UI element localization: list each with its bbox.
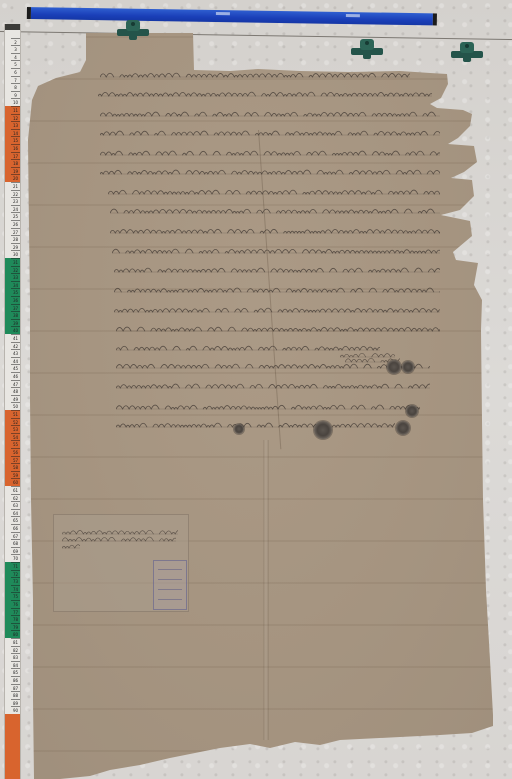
script-line xyxy=(100,168,440,178)
script-line xyxy=(110,207,440,217)
script-line xyxy=(116,382,430,392)
script-line xyxy=(112,247,440,257)
stamp-rule xyxy=(158,599,182,600)
seal-impression xyxy=(387,360,401,374)
script-line xyxy=(100,110,440,120)
clip-right-icon xyxy=(450,40,484,62)
seal-impression xyxy=(402,361,414,373)
stamp-rule xyxy=(158,569,182,570)
script-line xyxy=(114,306,440,316)
seal-impression xyxy=(234,424,244,434)
script-line xyxy=(100,149,440,159)
script-line xyxy=(108,188,440,198)
script-line xyxy=(98,90,432,100)
ruler-glare xyxy=(216,12,230,15)
seal-impression xyxy=(314,421,332,439)
manuscript-paper xyxy=(0,0,512,779)
clip-left-icon xyxy=(116,18,150,40)
script-line xyxy=(100,71,410,81)
stamp-rule xyxy=(158,589,182,590)
seal-impression xyxy=(406,405,418,417)
script-line xyxy=(110,227,440,237)
stamp-rule xyxy=(158,579,182,580)
registration-stamp xyxy=(153,560,187,610)
script-line xyxy=(100,129,440,139)
script-line xyxy=(114,286,440,296)
script-line xyxy=(116,421,395,431)
script-line xyxy=(114,266,440,276)
clip-middle-icon xyxy=(350,37,384,59)
tape-tick: 90 xyxy=(11,706,20,715)
script-line xyxy=(116,325,440,335)
script-line xyxy=(62,542,80,552)
ruler-glare xyxy=(346,14,360,17)
script-line xyxy=(116,403,420,413)
measuring-tape: 2345678910111213141516171819202122232425… xyxy=(4,24,21,779)
tape-segment-orange xyxy=(5,714,20,779)
seal-impression xyxy=(396,421,410,435)
paper-fold xyxy=(263,440,269,740)
